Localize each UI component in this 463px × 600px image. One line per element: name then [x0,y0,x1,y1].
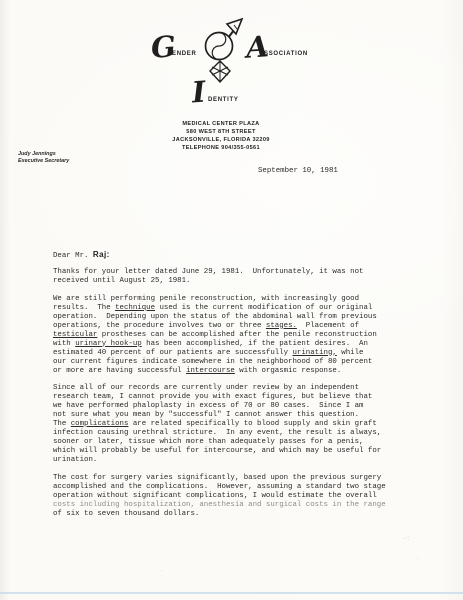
body-line: Thanks for your letter dated June 29, 19… [53,268,413,277]
body-line: which will probably be useful for interc… [53,447,413,456]
scan-artifact: · [159,568,163,574]
body-line: urination. [53,456,413,465]
scan-artifact: ,·: [403,534,410,541]
address-line: JACKSONVILLE, FLORIDA 32209 [152,136,290,144]
body-line: with urinary hook-up has been accomplish… [53,340,413,349]
scan-artifact: · [415,556,419,562]
body-line: research team, I cannot provide you with… [53,393,413,402]
secretary-name: Judy Jennings [18,151,69,158]
salutation: Dear Mr. Raj: [53,250,413,259]
salutation-name: Raj: [93,250,110,259]
paragraph: Since all of our records are currently u… [53,384,413,465]
secretary-title: Executive Secretary [18,158,69,165]
body-line: operation. Depending upon the status of … [53,313,413,322]
paragraph: We are still performing penile reconstru… [53,295,413,376]
body-line: not sure what you mean by "successful" I… [53,411,413,420]
address-block: MEDICAL CENTER PLAZA 580 WEST 8TH STREET… [152,120,290,152]
body-line: The cost for surgery varies significantl… [53,474,413,483]
body-line: testicular prostheses can be accomplishe… [53,331,413,340]
paragraph: Thanks for your letter dated June 29, 19… [53,268,413,286]
body-line: operation without significant complicati… [53,492,413,501]
letter-body: Dear Mr. Raj: Thanks for your letter dat… [53,250,413,527]
salutation-prefix: Dear Mr. [53,252,93,260]
body-line: costs including hospitalization, anesthe… [53,501,413,510]
body-line: accomplished and the complications. Howe… [53,483,413,492]
body-line: infection causing urethral stricture. In… [53,429,413,438]
body-line: we have performed phaloplasty in excess … [53,402,413,411]
body-line: estimated 40 percent of our patients are… [53,349,413,358]
body-line: We are still performing penile reconstru… [53,295,413,304]
body-line: The complications are related specifical… [53,420,413,429]
address-line: MEDICAL CENTER PLAZA [152,120,290,128]
body-line: sooner or later, tissue which more than … [53,438,413,447]
body-line: of six to seven thousand dollars. [53,510,413,519]
logo-initial-i: I [191,78,207,108]
scanned-letter-page: G ENDER A SSOCIATION I DENTITY [0,0,463,600]
logo-initial-g: G [150,32,177,63]
secretary-block: Judy Jennings Executive Secretary [18,151,69,165]
logo-initial-a: A [245,32,269,62]
paragraph: The cost for surgery varies significantl… [53,474,413,519]
body-line: results. The technique used is the curre… [53,304,413,313]
logo-word-identity: DENTITY [208,97,239,103]
body-line: our current figures indicate somewhere i… [53,358,413,367]
body-line: or more are having successful intercours… [53,367,413,376]
logo-word-gender: ENDER [172,51,197,57]
body-line: operations, the procedure involves two o… [53,322,413,331]
date-line: September 10, 1981 [258,167,338,176]
address-line: TELEPHONE 904/355-0561 [152,144,290,152]
logo-word-association: SSOCIATION [264,51,308,57]
body-line: Since all of our records are currently u… [53,384,413,393]
body-line: received until August 25, 1981. [53,277,413,286]
address-line: 580 WEST 8TH STREET [152,128,290,136]
scan-edge-line [0,592,463,594]
